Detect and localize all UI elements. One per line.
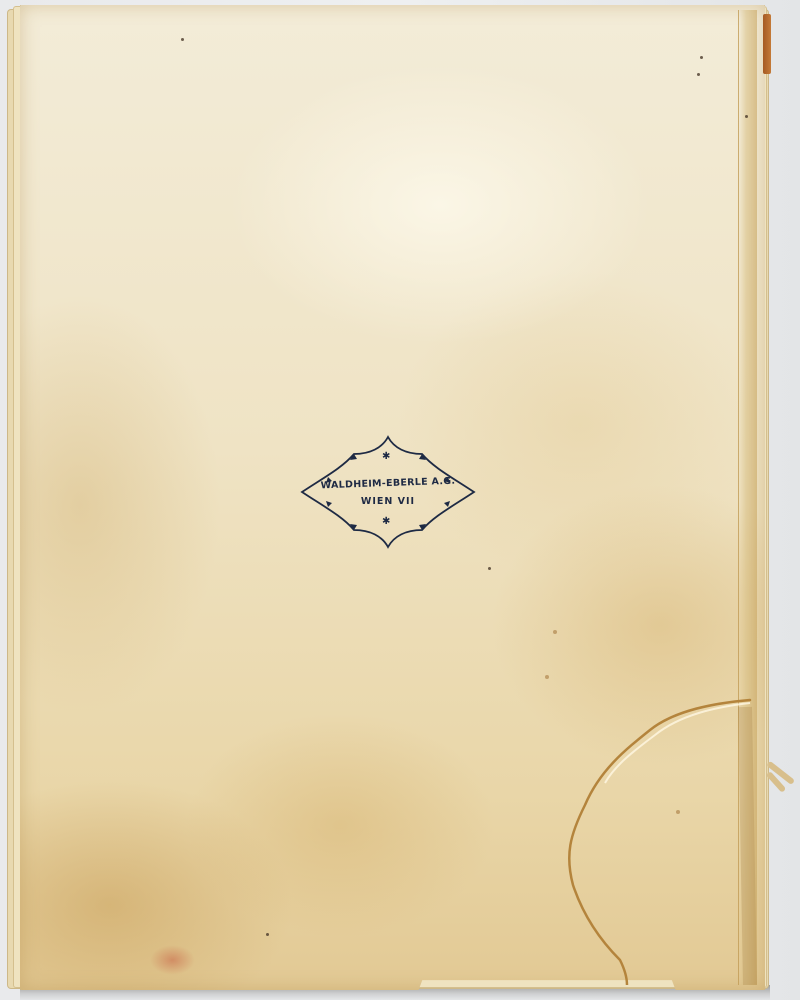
printer-emblem: ✱ WALDHEIM-EBERLE A.G. WIEN VII ✱: [298, 434, 478, 550]
red-stain: [150, 945, 195, 975]
speck: [488, 567, 491, 570]
speck: [697, 73, 700, 76]
speck: [745, 115, 748, 118]
emblem-city: WIEN VII: [298, 496, 478, 507]
stain-spot: [553, 630, 557, 634]
speck: [700, 56, 703, 59]
star-ornament-bottom-icon: ✱: [382, 516, 390, 527]
rust-stain-strip: [763, 14, 771, 74]
speck: [181, 38, 184, 41]
star-ornament-top-icon: ✱: [382, 451, 390, 462]
stain-spot: [545, 675, 549, 679]
stain-spot: [676, 810, 680, 814]
speck: [266, 933, 269, 936]
spine-edge: [738, 10, 757, 985]
